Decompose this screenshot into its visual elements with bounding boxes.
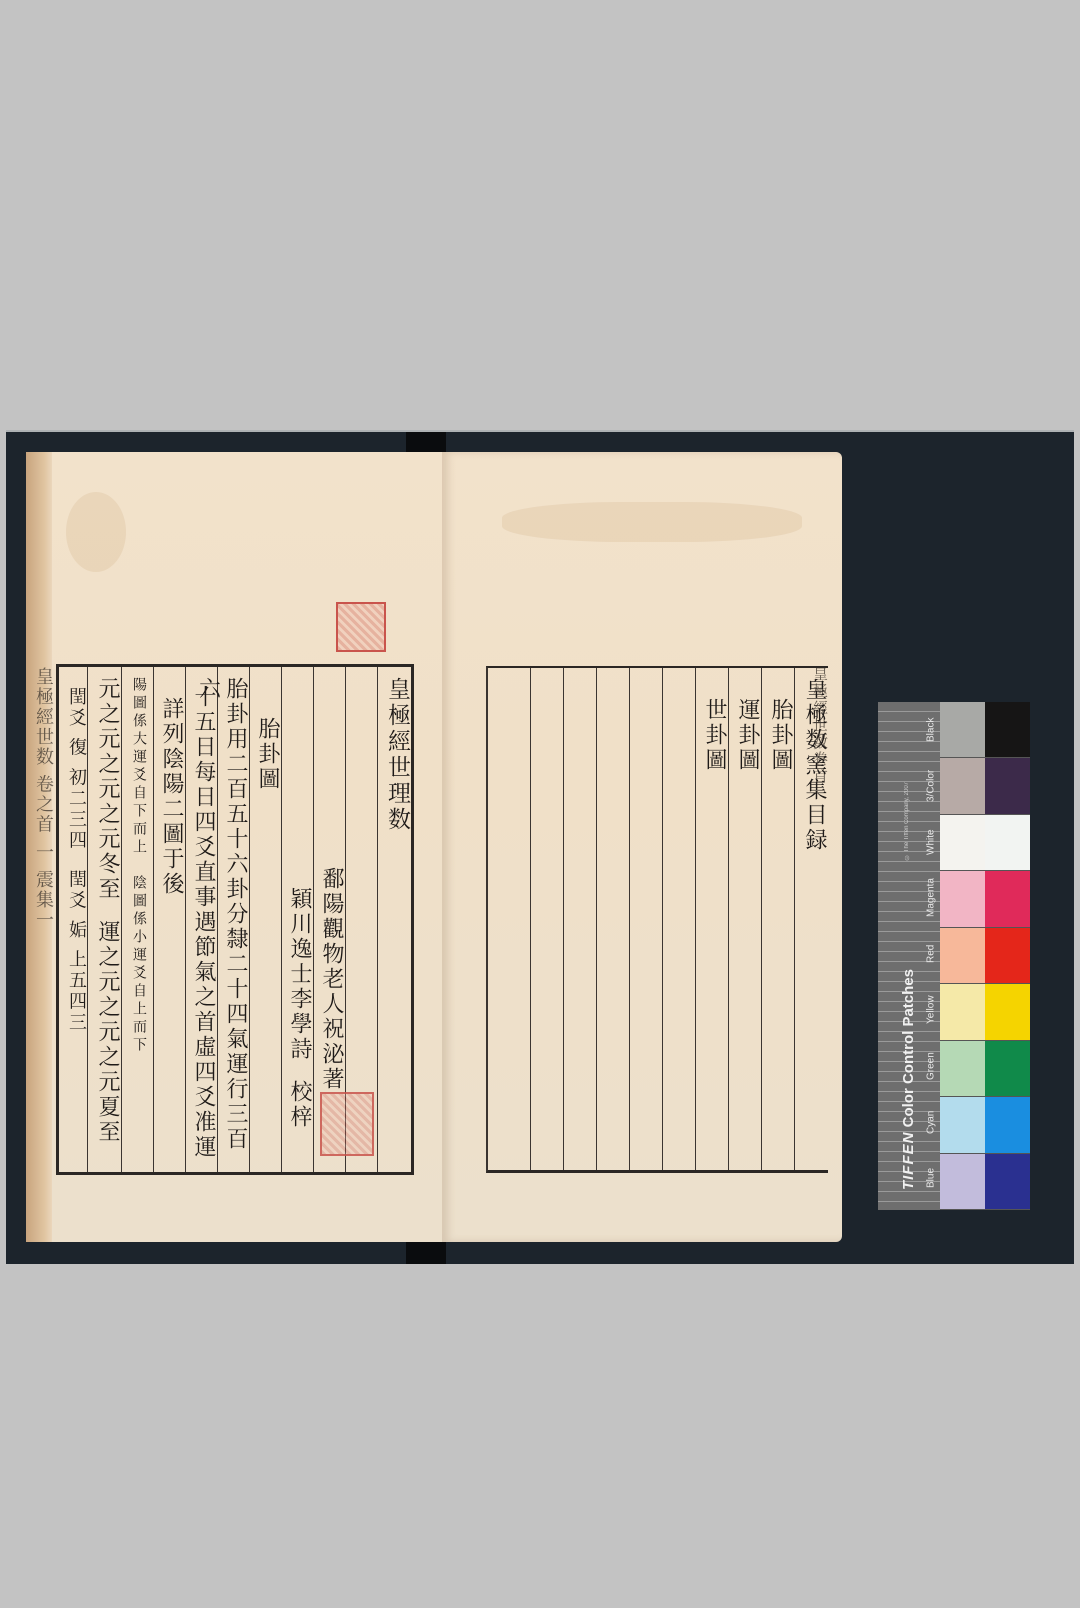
title-column: 皇極数窯集目録 xyxy=(794,668,828,1170)
text-frame: 皇極数窯集目録 胎卦圖 運卦圖 世卦圖 xyxy=(486,666,828,1173)
intercalary-fu-text: 閏爻 復 初二三四 xyxy=(66,687,87,851)
patch-label: Blue xyxy=(922,1150,940,1206)
patch-green-light xyxy=(940,1041,985,1097)
heading-column: 胎卦圖 xyxy=(249,667,281,1172)
toc-entry: 世卦圖 xyxy=(695,668,728,1170)
patch-magenta-light xyxy=(940,871,985,927)
patch-black-dark xyxy=(985,702,1030,758)
patch-blue-light xyxy=(940,1154,985,1210)
patch-yellow-light xyxy=(940,984,985,1040)
body-column: 詳列陰陽二圖于後 xyxy=(153,667,185,1172)
paper-stain xyxy=(66,492,126,572)
patch-black-light xyxy=(940,702,985,758)
blank-column xyxy=(492,668,530,1170)
patch-3color-dark xyxy=(985,758,1030,814)
body-column: 元之元之元之元冬至運之元之元之元夏至 xyxy=(87,667,121,1172)
color-patches xyxy=(940,702,1030,1210)
blank-column xyxy=(662,668,695,1170)
winter-solstice-text: 元之元之元之元冬至 xyxy=(95,677,120,902)
blank-column xyxy=(530,668,563,1170)
author-role: 著 xyxy=(319,1067,344,1092)
toc-entry: 運卦圖 xyxy=(728,668,761,1170)
table-of-contents-title: 皇極数窯集目録 xyxy=(802,678,827,853)
intercalary-gou-text: 閏爻 姤 上五四三 xyxy=(66,869,87,1033)
blank-column xyxy=(563,668,596,1170)
patch-cyan-dark xyxy=(985,1097,1030,1153)
yin-chart-note: 陰圖係小運爻自上而下 xyxy=(131,875,147,1055)
patch-magenta-dark xyxy=(985,871,1030,927)
patch-labels: Black 3/Color White Magenta Red Yellow G… xyxy=(922,702,940,1210)
blank-column xyxy=(596,668,629,1170)
body-column: 閏爻 復 初二三四閏爻 姤 上五四三 xyxy=(55,667,87,1172)
color-calibration-target: © The Tiffen Company, 2007 TIFFEN Color … xyxy=(878,702,1030,1210)
paper-stain xyxy=(502,502,802,542)
patch-red-light xyxy=(940,928,985,984)
patch-label: Green xyxy=(922,1038,940,1094)
collector-seal xyxy=(320,1092,374,1156)
toc-entry-text: 胎卦圖 xyxy=(768,698,793,773)
editor-role: 校梓 xyxy=(287,1080,312,1130)
patch-white-light xyxy=(940,815,985,871)
patch-label: 3/Color xyxy=(922,758,940,814)
patch-label: Red xyxy=(922,926,940,982)
editor-name: 穎川逸士李學詩 xyxy=(287,887,312,1062)
yang-chart-note: 陽圖係大運爻自下而上 xyxy=(131,677,147,857)
toc-entry-text: 運卦圖 xyxy=(735,698,760,773)
scanned-book-image: 皇極經世数 卷之首 一 震集一 皇極經世理数 鄱陽觀物老人祝泌著 穎川逸士李學詩… xyxy=(6,430,1074,1264)
patch-label: Black xyxy=(922,702,940,758)
copyright-text: © The Tiffen Company, 2007 xyxy=(904,782,910,860)
patch-label: White xyxy=(922,814,940,870)
patch-cyan-light xyxy=(940,1097,985,1153)
collector-seal xyxy=(336,602,386,652)
right-page: 皇極經世数卷首 皇極数窯集目録 胎卦圖 運卦圖 世卦圖 xyxy=(442,452,842,1242)
fore-edge-text: 皇極經世数 卷之首 一 震集一 xyxy=(30,667,56,1167)
blank-column xyxy=(629,668,662,1170)
spine-shadow-bottom xyxy=(406,1240,446,1264)
target-title-text: Color Control Patches xyxy=(900,969,917,1127)
body-text: 十五日每日四爻直事遇節氣之首虛四爻准運 xyxy=(191,685,216,1160)
patch-green-dark xyxy=(985,1041,1030,1097)
left-page: 皇極經世数 卷之首 一 震集一 皇極經世理数 鄱陽觀物老人祝泌著 穎川逸士李學詩… xyxy=(26,452,442,1242)
patch-label: Cyan xyxy=(922,1094,940,1150)
section-heading: 胎卦圖 xyxy=(255,717,280,792)
editor-column: 穎川逸士李學詩校梓 xyxy=(281,667,313,1172)
body-column: 十五日每日四爻直事遇節氣之首虛四爻准運 xyxy=(185,667,217,1172)
patch-label: Yellow xyxy=(922,982,940,1038)
body-text: 詳列陰陽二圖于後 xyxy=(159,697,184,897)
patch-yellow-dark xyxy=(985,984,1030,1040)
summer-solstice-text: 運之元之元之元夏至 xyxy=(95,920,120,1145)
patch-3color-light xyxy=(940,758,985,814)
book-title: 皇極經世理数 xyxy=(384,677,410,833)
title-column: 皇極經世理数 xyxy=(377,667,411,1172)
author-name: 鄱陽觀物老人祝泌 xyxy=(319,867,344,1067)
patch-blue-dark xyxy=(985,1154,1030,1210)
body-column: 胎卦用二百五十六卦分隸二十四氣運行三百六 xyxy=(217,667,249,1172)
patch-red-dark xyxy=(985,928,1030,984)
brand-logo: TIFFEN xyxy=(900,1132,917,1191)
toc-entry: 胎卦圖 xyxy=(761,668,794,1170)
patch-label: Magenta xyxy=(922,870,940,926)
target-title: TIFFEN Color Control Patches xyxy=(900,969,917,1190)
note-column: 陽圖係大運爻自下而上陰圖係小運爻自上而下 xyxy=(121,667,153,1172)
toc-entry-text: 世卦圖 xyxy=(702,698,727,773)
patch-white-dark xyxy=(985,815,1030,871)
